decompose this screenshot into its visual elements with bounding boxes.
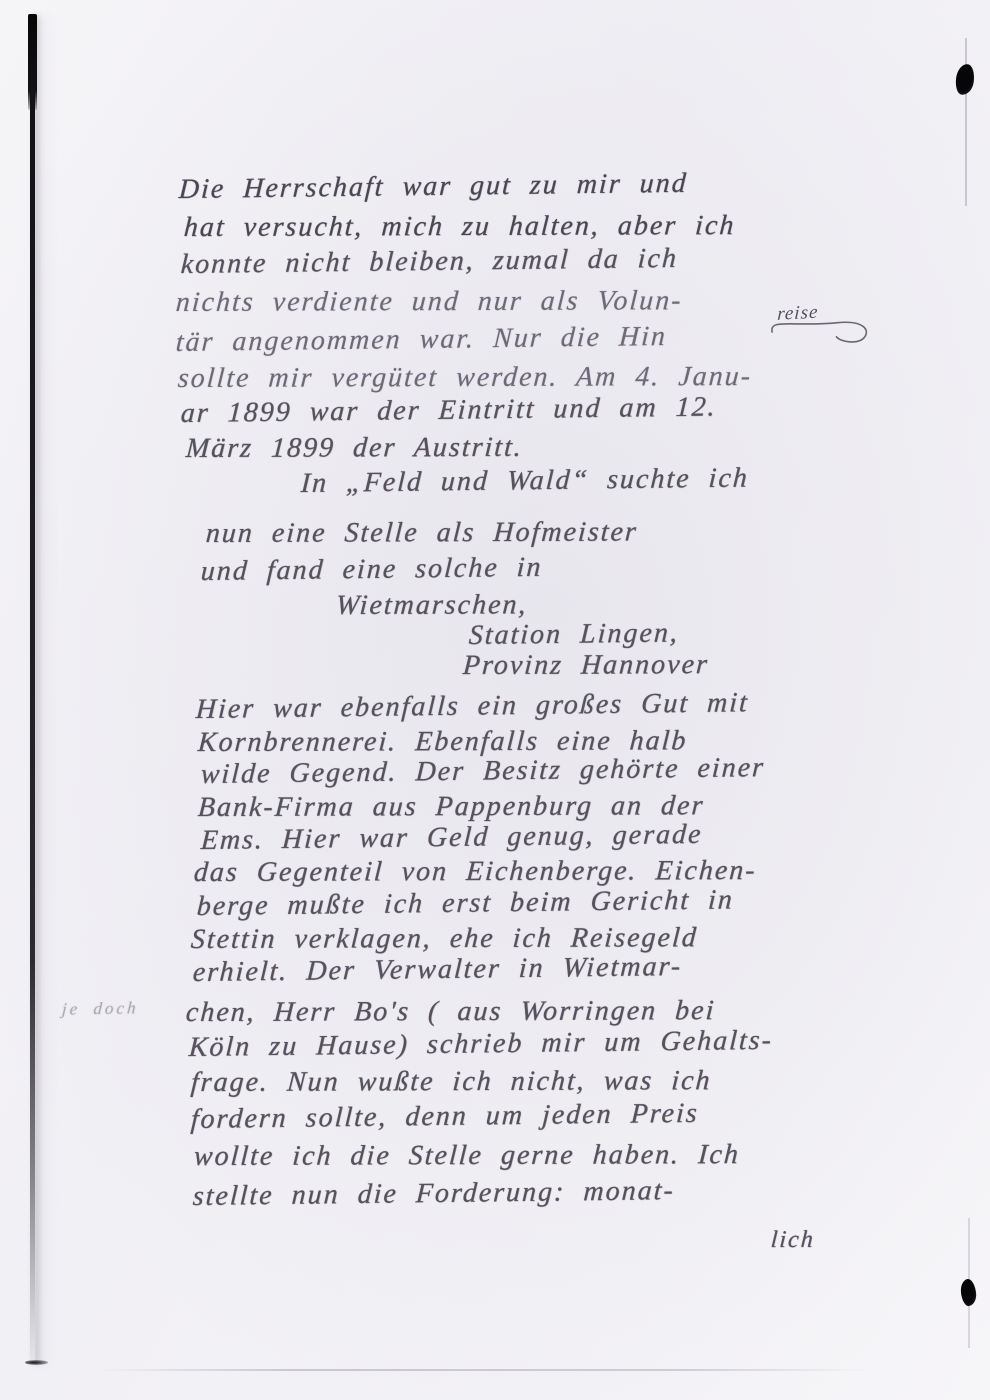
handwritten-line: berge mußte ich erst beim Gericht in	[196, 886, 735, 921]
handwritten-line: chen, Herr Bo's ( aus Worringen bei	[185, 997, 716, 1027]
handwritten-line: hat versucht, mich zu halten, aber ich	[183, 212, 736, 242]
handwritten-line: Bank-Firma aus Pappenburg an der	[197, 792, 705, 822]
handwritten-line: ar 1899 war der Eintritt und am 12.	[180, 393, 717, 428]
handwritten-line: Kornbrennerei. Ebenfalls eine halb	[197, 727, 688, 757]
handwritten-line: konnte nicht bleiben, zumal da ich	[180, 245, 679, 279]
handwritten-line: und fand eine solche in	[200, 554, 543, 586]
handwritten-line: sollte mir vergütet werden. Am 4. Janu-	[177, 363, 753, 393]
handwritten-line: tär angenommen war. Nur die Hin	[175, 323, 668, 357]
handwritten-line: Hier war ebenfalls ein großes Gut mit	[195, 689, 750, 724]
handwritten-line: wollte ich die Stelle gerne haben. Ich	[193, 1141, 741, 1171]
handwritten-line: nichts verdiente und nur als Volun-	[175, 287, 684, 317]
handwritten-line: wilde Gegend. Der Besitz gehörte einer	[200, 754, 766, 789]
margin-note: je doch	[61, 998, 139, 1019]
page-edge-bottom-mark	[25, 1360, 48, 1365]
handwritten-line: frage. Nun wußte ich nicht, was ich	[190, 1067, 712, 1097]
handwritten-line: fordern sollte, denn um jeden Preis	[190, 1100, 700, 1134]
punch-hole-mark-bottom	[960, 1278, 978, 1306]
page-edge-shadow-line	[30, 16, 35, 1364]
scanned-page: Die Herrschaft war gut zu mir und hat ve…	[0, 0, 990, 1400]
insertion-word: reise	[777, 302, 819, 326]
handwritten-line: Wietmarschen,	[335, 591, 528, 620]
punch-hole-mark-top	[954, 63, 976, 96]
handwritten-line: In „Feld und Wald“ suchte ich	[300, 465, 750, 498]
handwritten-line: Station Lingen,	[468, 619, 680, 650]
handwritten-line: erhielt. Der Verwalter in Wietmar-	[192, 953, 683, 987]
handwritten-line: Provinz Hannover	[462, 651, 710, 680]
handwritten-line: stellte nun die Forderung: monat-	[192, 1177, 676, 1211]
handwritten-line: nun eine Stelle als Hofmeister	[205, 518, 639, 548]
handwritten-line: Köln zu Hause) schrieb mir um Gehalts-	[188, 1027, 774, 1062]
handwritten-line: Stettin verklagen, ehe ich Reisegeld	[190, 924, 699, 954]
page-edge-top-mark	[28, 14, 37, 110]
handwritten-line: März 1899 der Austritt.	[185, 434, 524, 463]
handwritten-line-catchword: lich	[770, 1228, 816, 1252]
page-bottom-edge	[95, 1369, 870, 1371]
handwritten-line: Die Herrschaft war gut zu mir und	[178, 170, 688, 204]
handwritten-line: das Gegenteil von Eichenberge. Eichen-	[193, 857, 758, 887]
handwritten-line: Ems. Hier war Geld genug, gerade	[200, 821, 703, 855]
insertion-annotation: reise	[751, 297, 874, 361]
